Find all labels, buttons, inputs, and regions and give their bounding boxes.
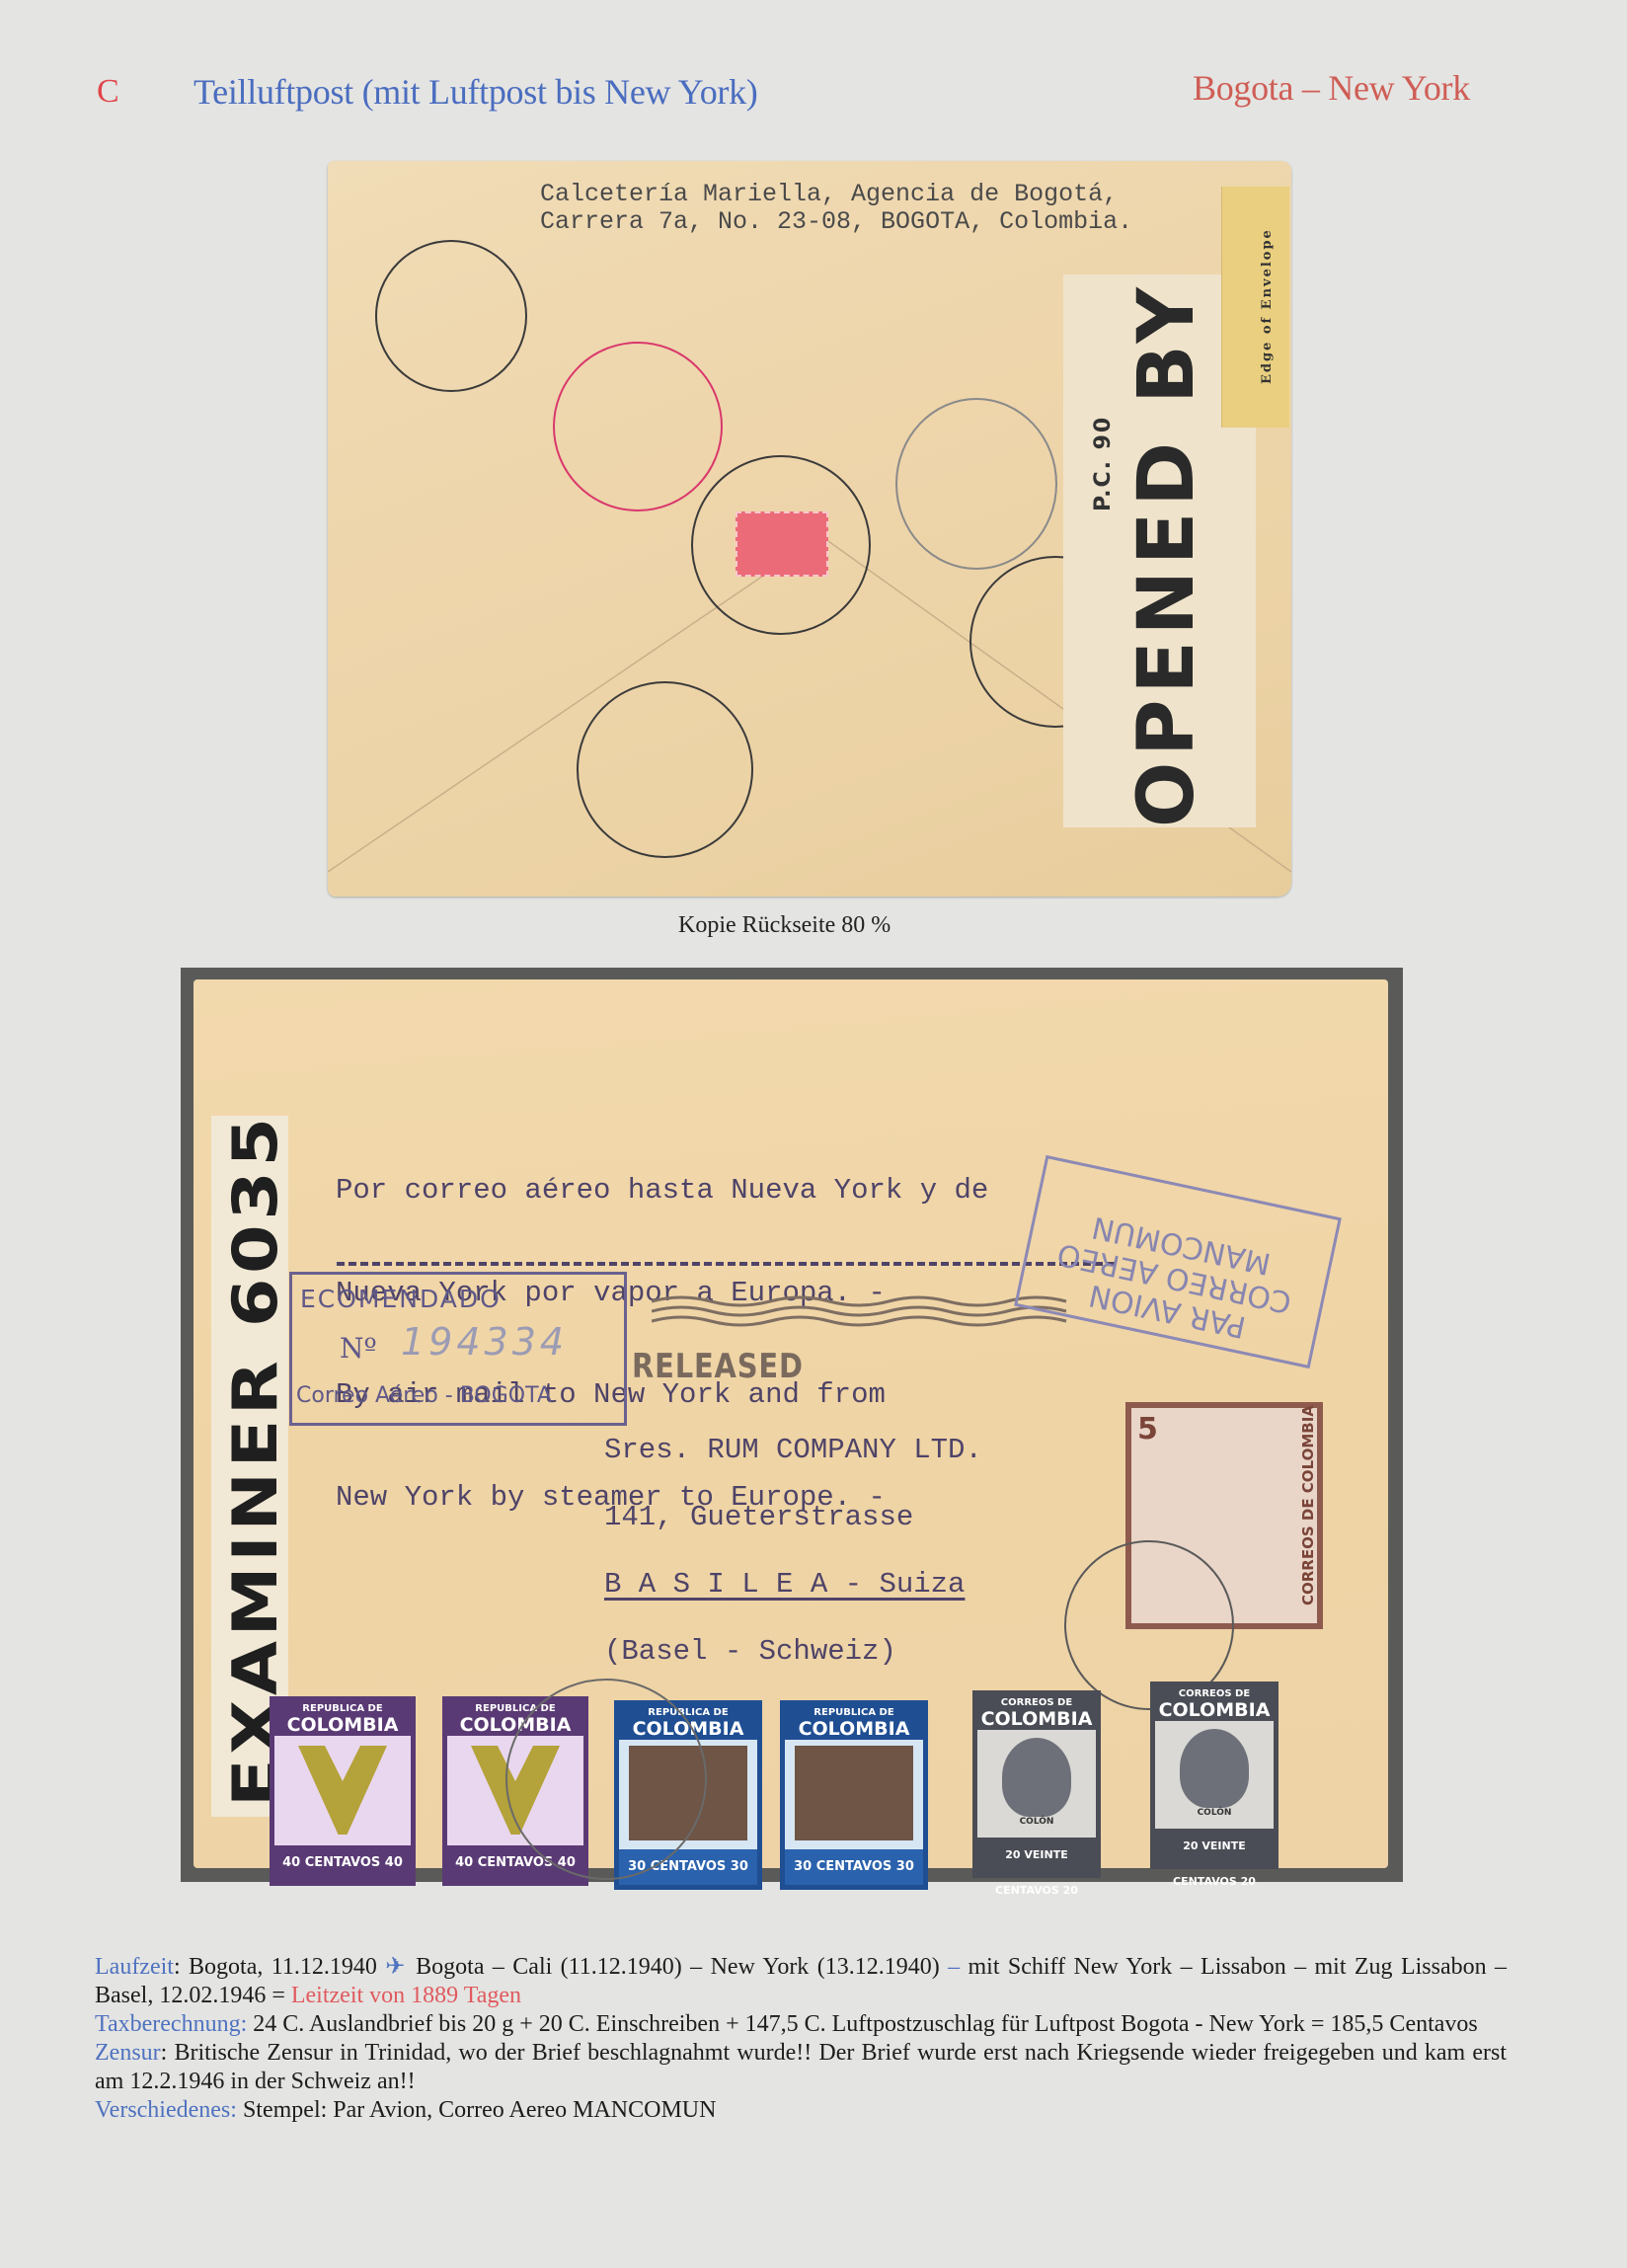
postmark-basel-gundeldingen xyxy=(577,681,753,858)
postmark-us-postal-agency xyxy=(553,342,723,511)
page-title: Teilluftpost (mit Luftpost bis New York) xyxy=(194,71,757,113)
back-caption: Kopie Rückseite 80 % xyxy=(678,912,891,939)
sender-address: Calcetería Mariella, Agencia de Bogotá,C… xyxy=(540,181,1132,236)
postmark-new-york xyxy=(375,240,527,392)
note-verschiedenes: Verschiedenes: Stempel: Par Avion, Corre… xyxy=(95,2096,1507,2125)
registration-label: ECOMENDADO Nº 194334 Correo Aéreo - BOGO… xyxy=(289,1272,627,1426)
route-title: Bogota – New York xyxy=(1193,67,1470,109)
stamp-20-centavos-colon: CORREOS DE COLOMBIA COLÓN 20 VEINTE CENT… xyxy=(1150,1681,1278,1869)
recipient-line-1: Sres. RUM COMPANY LTD. xyxy=(604,1434,982,1466)
note-laufzeit: Laufzeit: Bogota, 11.12.1940 ✈ Bogota – … xyxy=(95,1953,1507,2010)
section-letter: C xyxy=(97,73,119,111)
stamp-40-centavos-bananos: REPUBLICA DE COLOMBIA 40 CENTAVOS 40 xyxy=(270,1696,416,1886)
dashed-divider xyxy=(337,1262,1115,1266)
postmark-bogota-front xyxy=(505,1679,707,1880)
censor-code: P.C. 90 xyxy=(1091,416,1116,511)
note-taxberechnung: Taxberechnung: 24 C. Auslandbrief bis 20… xyxy=(95,2010,1507,2039)
opened-by-text: OPENED BY xyxy=(1123,281,1211,827)
censor-tape-edge: Edge of Envelope xyxy=(1221,187,1289,428)
recipient-line-4: (Basel - Schweiz) xyxy=(604,1635,896,1668)
recipient-line-2: 141, Gueterstrasse xyxy=(604,1501,913,1533)
stamp-20-centavos-colon: CORREOS DE COLOMBIA COLÓN 20 VEINTE CENT… xyxy=(972,1690,1101,1878)
description-notes: Laufzeit: Bogota, 11.12.1940 ✈ Bogota – … xyxy=(95,1953,1507,2125)
recipient-line-3: B A S I L E A - Suiza xyxy=(604,1568,965,1601)
postmark-cali xyxy=(895,398,1057,570)
note-zensur: Zensur: Britische Zensur in Trinidad, wo… xyxy=(95,2039,1507,2096)
airplane-icon: ✈ xyxy=(385,1954,408,1980)
stamp-30-centavos-cafe: REPUBLICA DE COLOMBIA 30 CENTAVOS 30 xyxy=(780,1700,928,1890)
stamp-colombia-red xyxy=(736,511,828,577)
envelope-back-image: Calcetería Mariella, Agencia de Bogotá,C… xyxy=(328,161,1291,897)
released-stamp: RELEASED xyxy=(632,1347,804,1386)
registration-number: 194334 xyxy=(401,1320,568,1364)
